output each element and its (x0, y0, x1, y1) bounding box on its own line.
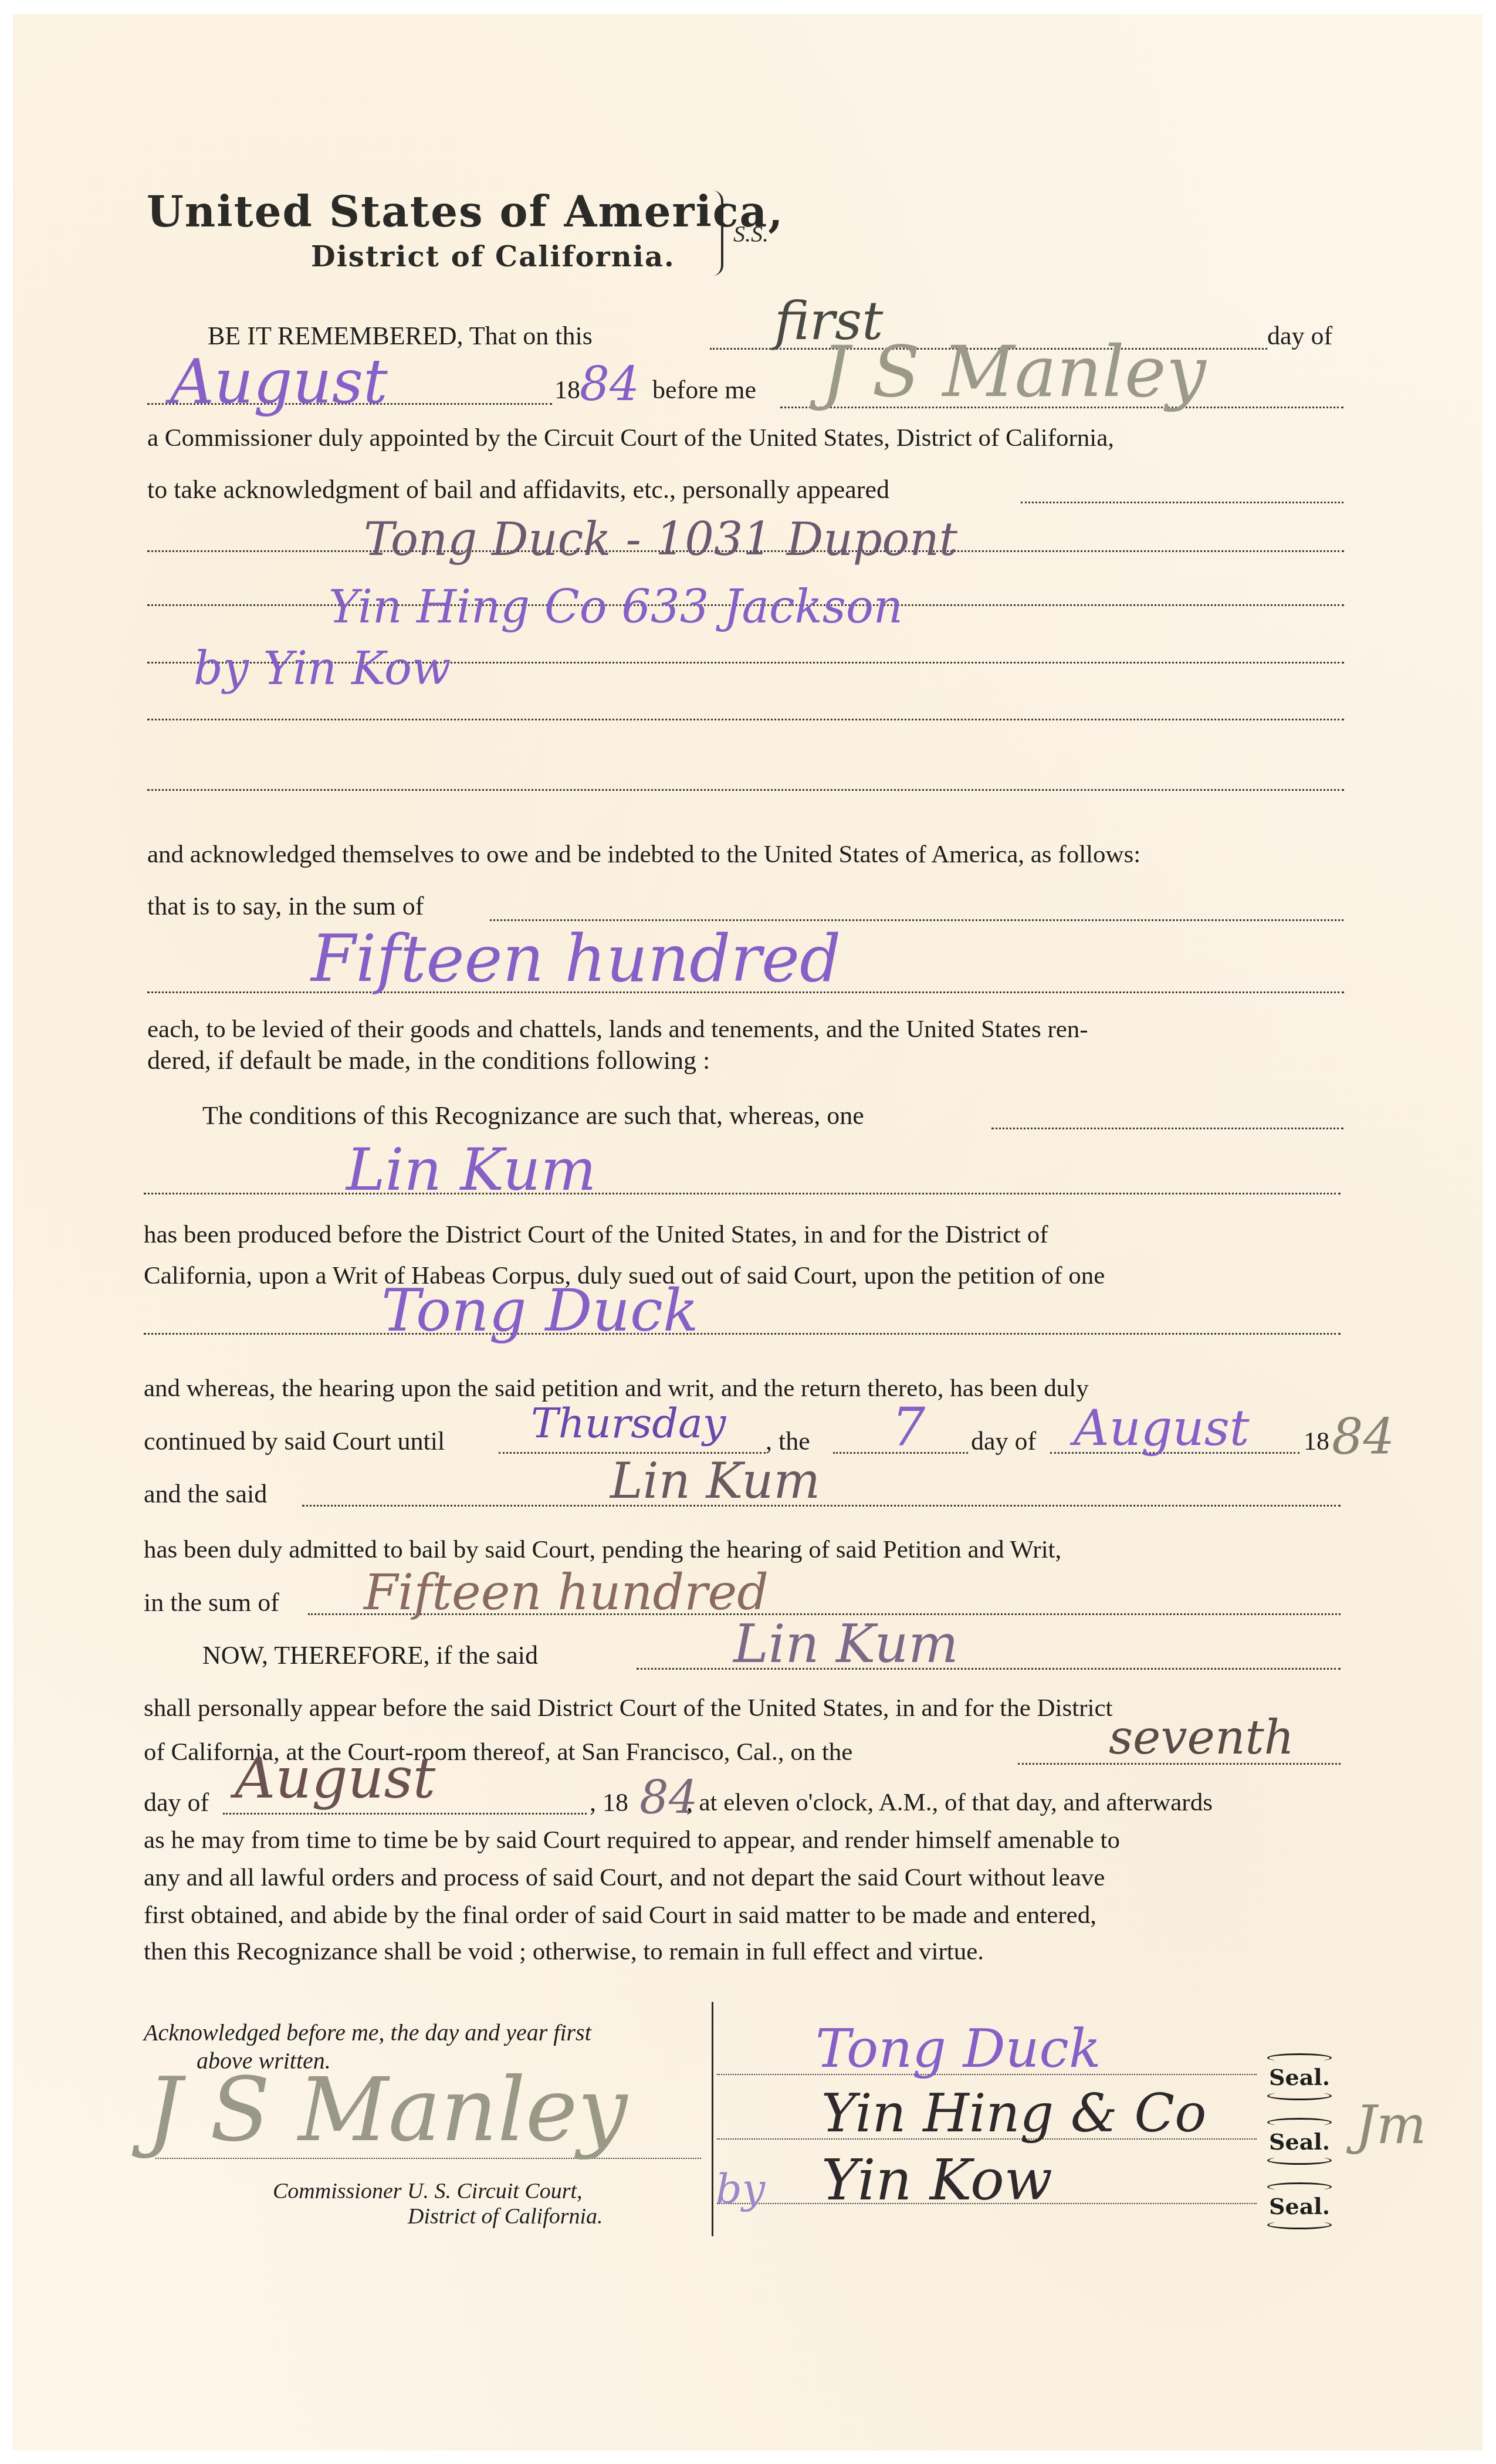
label-now-therefore: NOW, THEREFORE, if the said (202, 1641, 538, 1670)
hw-petitioner: Tong Duck (381, 1276, 699, 1345)
prisoner-blank-2[interactable] (302, 1505, 1341, 1507)
hw-party-3: by Yin Kow (194, 642, 451, 695)
prisoner-blank-1b[interactable] (144, 1193, 1341, 1194)
hw-margin-note: Jm (1355, 2094, 1426, 2156)
hw-prisoner-2: Lin Kum (610, 1452, 820, 1509)
hw-continued-date: 7 (892, 1396, 925, 1458)
header-brace (713, 191, 723, 276)
prisoner-blank-1a[interactable] (991, 1128, 1343, 1129)
line-conditions: The conditions of this Recognizance are … (202, 1101, 864, 1131)
hw-sum-1: Fifteen hundred (311, 921, 841, 996)
ack-line-1: Acknowledged before me, the day and year… (144, 2018, 591, 2047)
seal-3: Seal. (1255, 2182, 1343, 2229)
label-day-of-2: day of (971, 1427, 1036, 1456)
line-to-take-acknowledgment: to take acknowledgment of bail and affid… (147, 475, 889, 505)
label-and-the-said: and the said (144, 1480, 267, 1509)
party-line-4[interactable] (147, 719, 1344, 720)
hw-commissioner-signature-bottom: J S Manley (147, 2059, 627, 2161)
hw-year: 84 (580, 357, 639, 411)
header-title-line2: District of California. (311, 241, 675, 273)
hw-signature-2: Yin Hing & Co (821, 2083, 1206, 2144)
label-18-2: 18 (1304, 1427, 1329, 1456)
hw-month: August (170, 346, 388, 418)
party-line-5[interactable] (147, 789, 1344, 791)
hw-appear-day: seventh (1109, 1710, 1294, 1765)
label-before-me: before me (652, 375, 756, 405)
ss-label: S.S. (733, 220, 769, 248)
label-day-of-3: day of (144, 1788, 209, 1817)
hw-signature-3-prefix: by (716, 2165, 765, 2213)
seal-3-label: Seal. (1269, 2193, 1330, 2219)
hw-commissioner-signature: J S Manley (821, 331, 1206, 413)
hw-party-2: Yin Hing Co 633 Jackson (329, 581, 903, 634)
label-day-of: day of (1267, 321, 1332, 351)
petitioner-blank[interactable] (144, 1333, 1341, 1335)
line-commissioner: a Commissioner duly appointed by the Cir… (147, 424, 1114, 453)
line-as-he-may: as he may from time to time be by said C… (144, 1826, 1120, 1855)
line-has-been-produced: has been produced before the District Co… (144, 1220, 1048, 1250)
seal-1-label: Seal. (1269, 2064, 1330, 2090)
header-title-line1: United States of America, (147, 187, 784, 236)
appeared-blank[interactable] (1021, 502, 1343, 503)
hw-continued-day: Thursday (531, 1399, 726, 1447)
label-eleven-oclock: , at eleven o'clock, A.M., of that day, … (686, 1788, 1213, 1817)
seal-2: Seal. (1255, 2118, 1343, 2165)
commissioner-title-2: District of California. (408, 2202, 603, 2231)
line-any-and-all: any and all lawful orders and process of… (144, 1863, 1105, 1893)
seal-1: Seal. (1255, 2053, 1343, 2100)
line-and-acknowledged: and acknowledged themselves to owe and b… (147, 840, 1140, 869)
hw-prisoner-3: Lin Kum (733, 1613, 959, 1675)
hw-sum-2: Fifteen hundred (364, 1563, 769, 1621)
hw-party-1: Tong Duck - 1031 Dupont (364, 513, 957, 566)
label-18: 18 (554, 375, 580, 405)
hw-signature-3: Yin Kow (821, 2147, 1052, 2213)
seal-2-label: Seal. (1269, 2128, 1330, 2155)
line-in-the-sum-of: that is to say, in the sum of (147, 892, 424, 921)
hw-continued-year: 84 (1332, 1408, 1395, 1465)
line-shall-personally-appear: shall personally appear before the said … (144, 1694, 1112, 1723)
line-then-this: then this Recognizance shall be void ; o… (144, 1937, 984, 1967)
label-continued: continued by said Court until (144, 1427, 445, 1456)
hw-signature-1: Tong Duck (815, 2018, 1101, 2080)
line-first-obtained: first obtained, and abide by the final o… (144, 1901, 1096, 1930)
line-dered: dered, if default be made, in the condit… (147, 1046, 710, 1075)
signature-brace (712, 2002, 713, 2236)
hw-prisoner-1: Lin Kum (346, 1135, 596, 1204)
label-18-3: , 18 (590, 1788, 628, 1817)
line-duly-admitted: has been duly admitted to bail by said C… (144, 1535, 1061, 1565)
line-each-levied: each, to be levied of their goods and ch… (147, 1015, 1088, 1044)
hw-continued-month: August (1074, 1399, 1250, 1457)
appear-month-blank[interactable] (223, 1813, 587, 1815)
label-in-the-sum-of-2: in the sum of (144, 1588, 279, 1617)
hw-appear-month: August (235, 1745, 435, 1811)
